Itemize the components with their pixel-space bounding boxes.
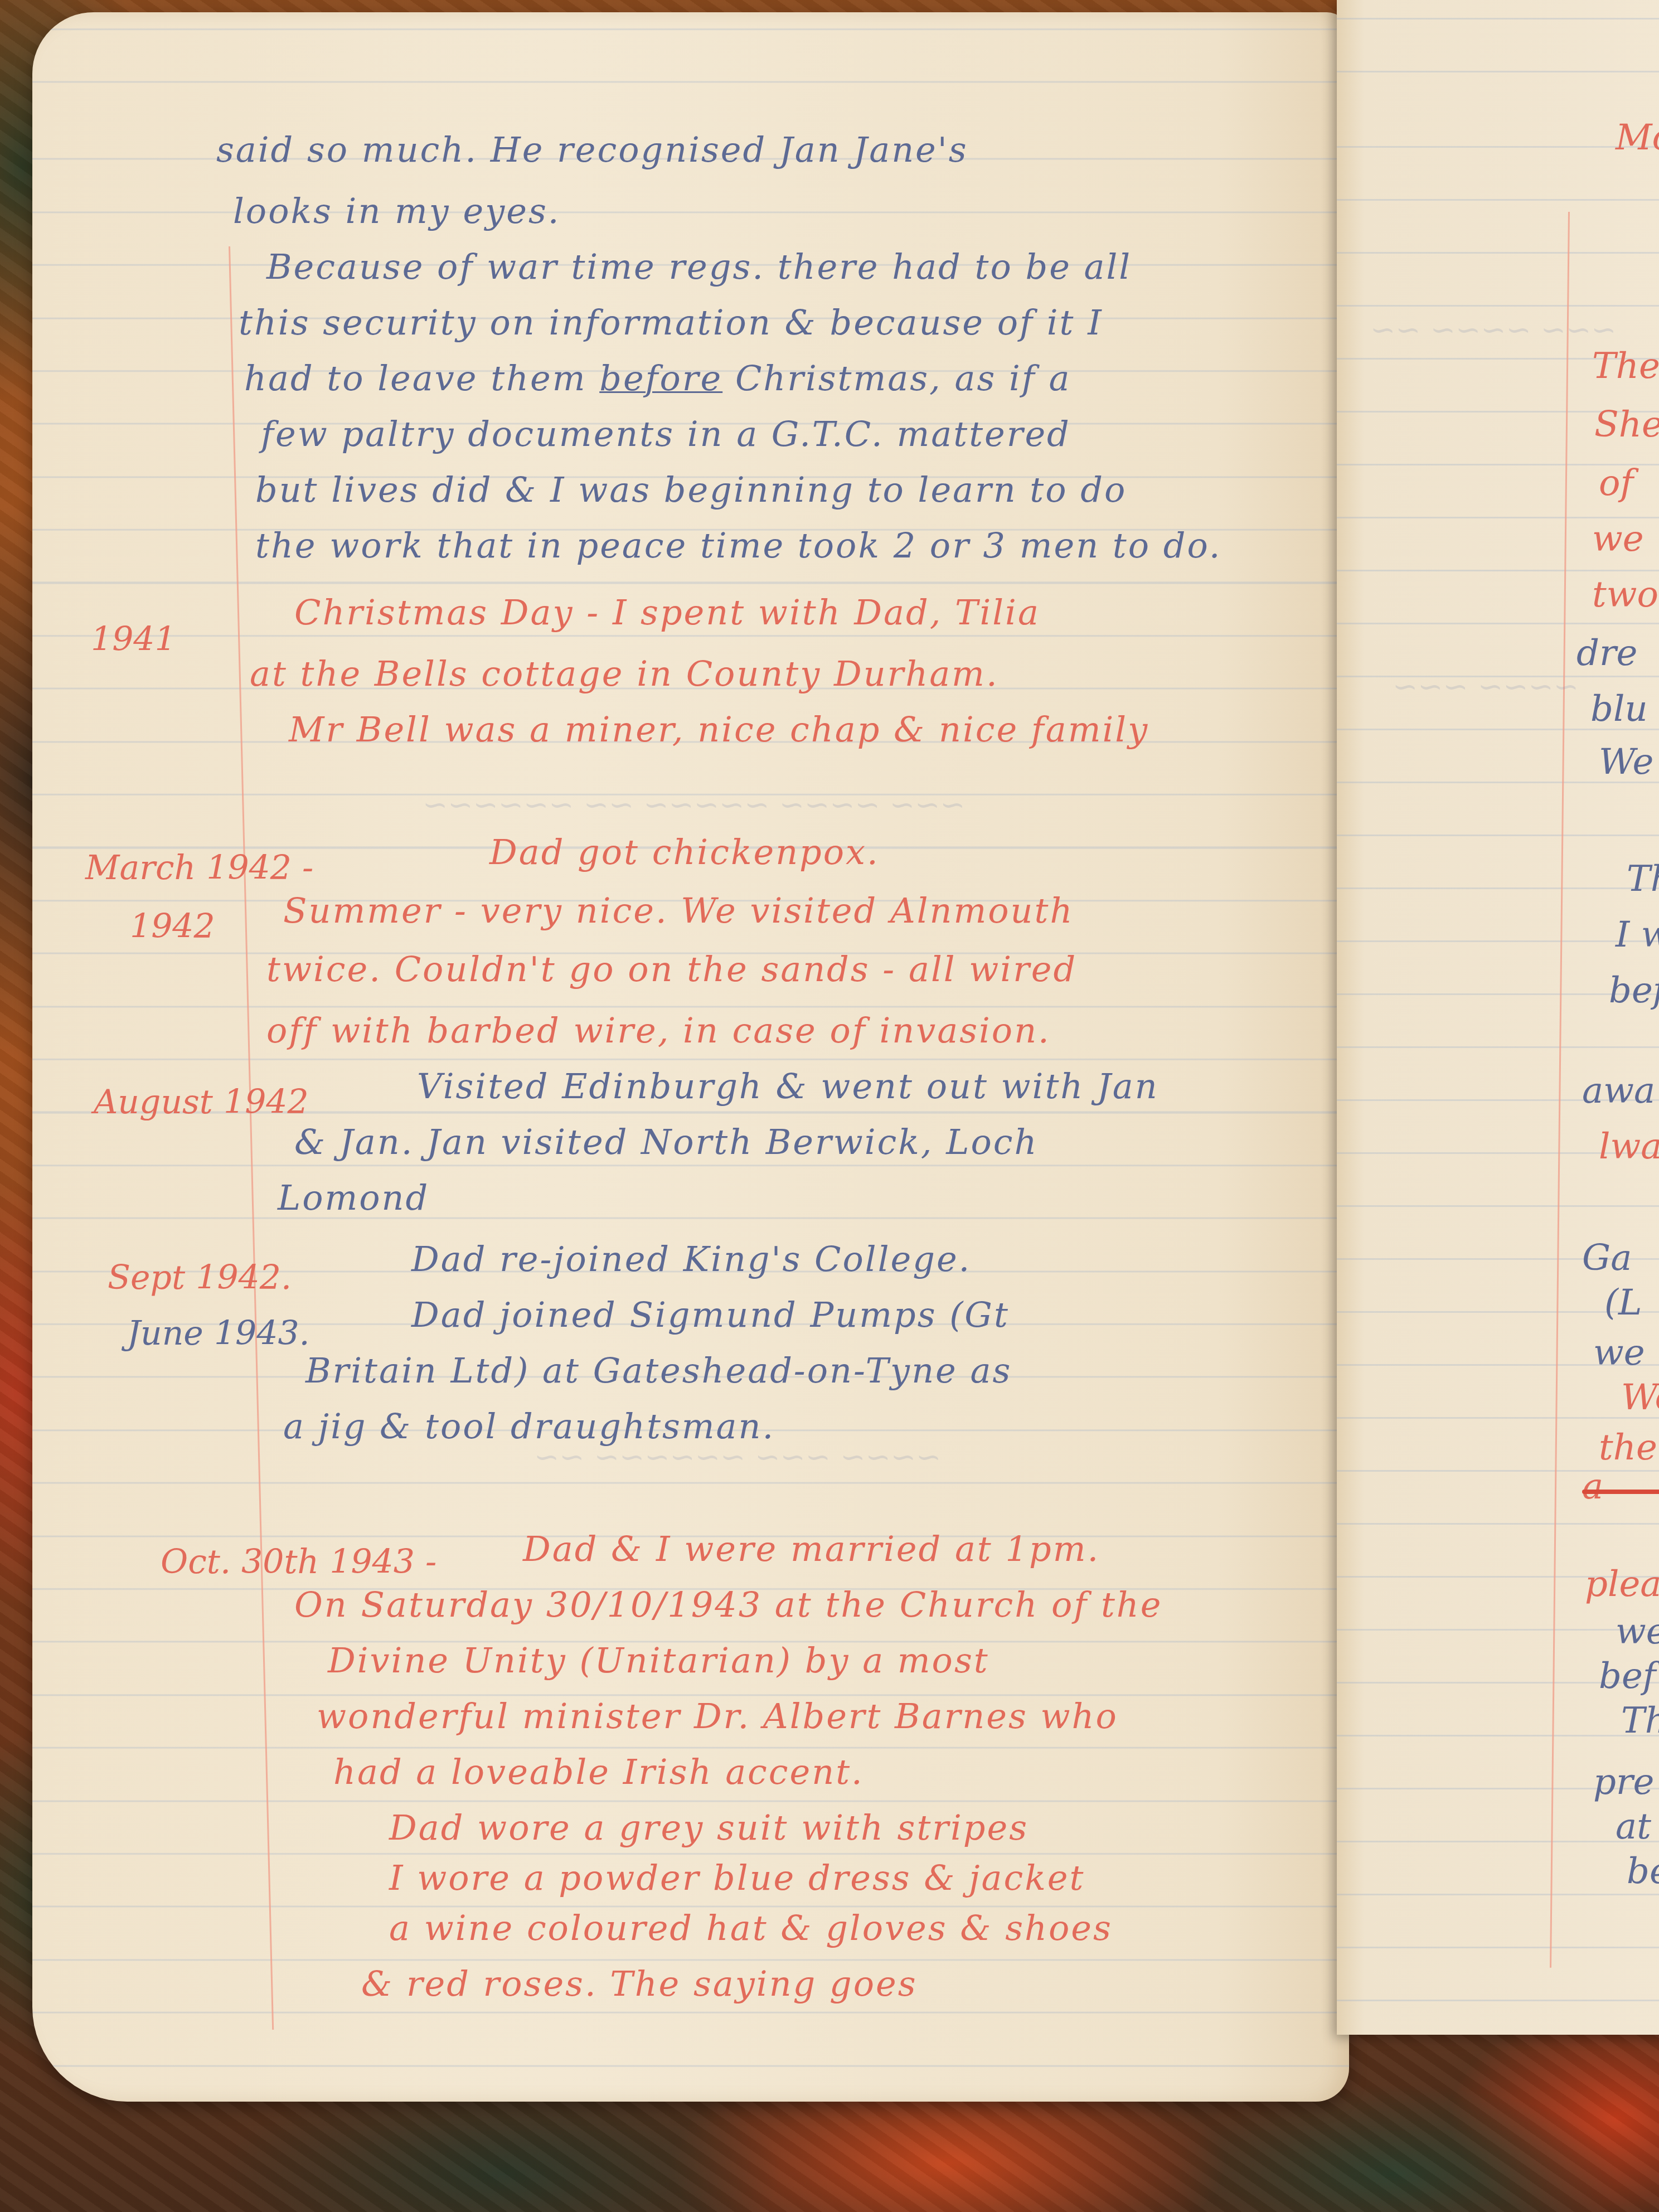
entry-line: On Saturday 30/10/1943 at the Church of … — [294, 1584, 1162, 1625]
entry-line: Dad joined Sigmund Pumps (Gt — [411, 1294, 1010, 1335]
bleed-through-text: ~~~~ ~~~ — [1393, 669, 1579, 704]
entry-line: Dad wore a grey suit with stripes — [389, 1807, 1029, 1848]
strikethrough-mark — [1582, 1490, 1659, 1494]
entry-line: had a loveable Irish accent. — [333, 1752, 864, 1792]
entry-line: a jig & tool draughtsman. — [283, 1406, 775, 1447]
cut-off-text: lwa — [1599, 1126, 1659, 1167]
entry-line: Because of war time regs. there had to b… — [266, 246, 1132, 287]
struck-out-text: a — [1582, 1466, 1603, 1507]
cut-off-text: bef — [1609, 970, 1659, 1011]
cut-off-text: the — [1599, 1427, 1657, 1468]
cut-off-text: two — [1592, 574, 1658, 615]
cut-off-text: dre — [1576, 633, 1637, 674]
cut-off-text: of — [1599, 463, 1633, 504]
entry-line: twice. Couldn't go on the sands - all wi… — [266, 949, 1077, 989]
cut-off-text: at — [1616, 1806, 1651, 1847]
cut-off-text: plea — [1585, 1564, 1659, 1605]
cut-off-text: I w — [1616, 914, 1659, 955]
entry-line: I wore a powder blue dress & jacket — [389, 1857, 1085, 1898]
cut-off-text: We — [1599, 741, 1653, 783]
entry-line: looks in my eyes. — [233, 191, 561, 231]
cut-off-text: The — [1592, 346, 1659, 387]
cut-off-text: awa — [1582, 1070, 1655, 1112]
entry-line: said so much. He recognised Jan Jane's — [216, 129, 968, 170]
right-notebook-page: ~~~ ~~~~ ~~ ~~~~ ~~~ Mo The She of we tw… — [1337, 0, 1659, 2035]
bleed-through-text: ~~~ ~~~~ ~~ — [1370, 312, 1617, 347]
entry-line: this security on information & because o… — [239, 302, 1103, 343]
entry-line: the work that in peace time took 2 or 3 … — [255, 525, 1221, 566]
cut-off-text: bef — [1599, 1656, 1656, 1697]
margin-date: 1942 — [130, 907, 215, 946]
margin-date: August 1942 — [94, 1083, 309, 1122]
margin-date: Oct. 30th 1943 - — [161, 1542, 436, 1582]
cut-off-text: blu — [1590, 688, 1648, 730]
entry-line: had to leave them before Christmas, as i… — [244, 358, 1071, 399]
entry-line: Mr Bell was a miner, nice chap & nice fa… — [289, 709, 1149, 750]
page-ruling — [1337, 0, 1659, 2035]
cut-off-text: we — [1593, 1332, 1645, 1374]
entry-text: Christmas, as if a — [722, 358, 1071, 399]
cut-off-text: Th — [1621, 1700, 1659, 1742]
cut-off-text: Th — [1627, 858, 1659, 900]
entry-line: Lomond — [278, 1177, 429, 1218]
entry-text: had to leave them — [244, 358, 599, 399]
entry-line: Dad & I were married at 1pm. — [523, 1529, 1100, 1569]
margin-date: Sept 1942. — [108, 1258, 292, 1297]
entry-line: Christmas Day - I spent with Dad, Tilia — [294, 592, 1040, 633]
cut-off-text: Ga — [1582, 1238, 1632, 1279]
entry-line: Visited Edinburgh & went out with Jan — [417, 1066, 1159, 1107]
margin-date: June 1943. — [127, 1314, 310, 1353]
entry-line: at the Bells cottage in County Durham. — [250, 653, 999, 694]
cut-off-text: be — [1627, 1851, 1659, 1892]
bleed-through-text: ~~~ ~~~~ ~~~~~ ~~ ~~~~~~ — [423, 787, 966, 822]
entry-line: Dad got chickenpox. — [489, 832, 880, 872]
entry-line: Dad re-joined King's College. — [411, 1239, 971, 1279]
entry-line: Britain Ltd) at Gateshead-on-Tyne as — [305, 1350, 1012, 1391]
cut-off-text: (L — [1604, 1282, 1642, 1323]
entry-line: few paltry documents in a G.T.C. mattere… — [261, 414, 1071, 454]
left-notebook-page: ~~~ ~~~~ ~~~~~ ~~ ~~~~~~ ~~~~ ~~~ ~~~~~~… — [32, 12, 1349, 2102]
entry-line: wonderful minister Dr. Albert Barnes who — [317, 1696, 1118, 1736]
cut-off-text: She — [1594, 404, 1659, 445]
entry-line: Divine Unity (Unitarian) by a most — [328, 1640, 989, 1681]
entry-line: a wine coloured hat & gloves & shoes — [389, 1908, 1113, 1948]
entry-line: & Jan. Jan visited North Berwick, Loch — [294, 1122, 1038, 1162]
cut-off-text: we — [1616, 1611, 1659, 1652]
margin-date: March 1942 - — [85, 848, 313, 887]
cut-off-text: pre — [1593, 1762, 1654, 1803]
margin-date: 1941 — [91, 620, 176, 659]
entry-line: Summer - very nice. We visited Alnmouth — [283, 890, 1074, 931]
underlined-word: before — [599, 358, 722, 399]
cut-off-text: Mo — [1616, 117, 1659, 158]
entry-line: & red roses. The saying goes — [361, 1963, 918, 2004]
cut-off-text: We — [1621, 1377, 1659, 1418]
cut-off-text: we — [1592, 518, 1644, 560]
entry-line: off with barbed wire, in case of invasio… — [266, 1010, 1051, 1051]
entry-line: but lives did & I was beginning to learn… — [255, 469, 1127, 510]
